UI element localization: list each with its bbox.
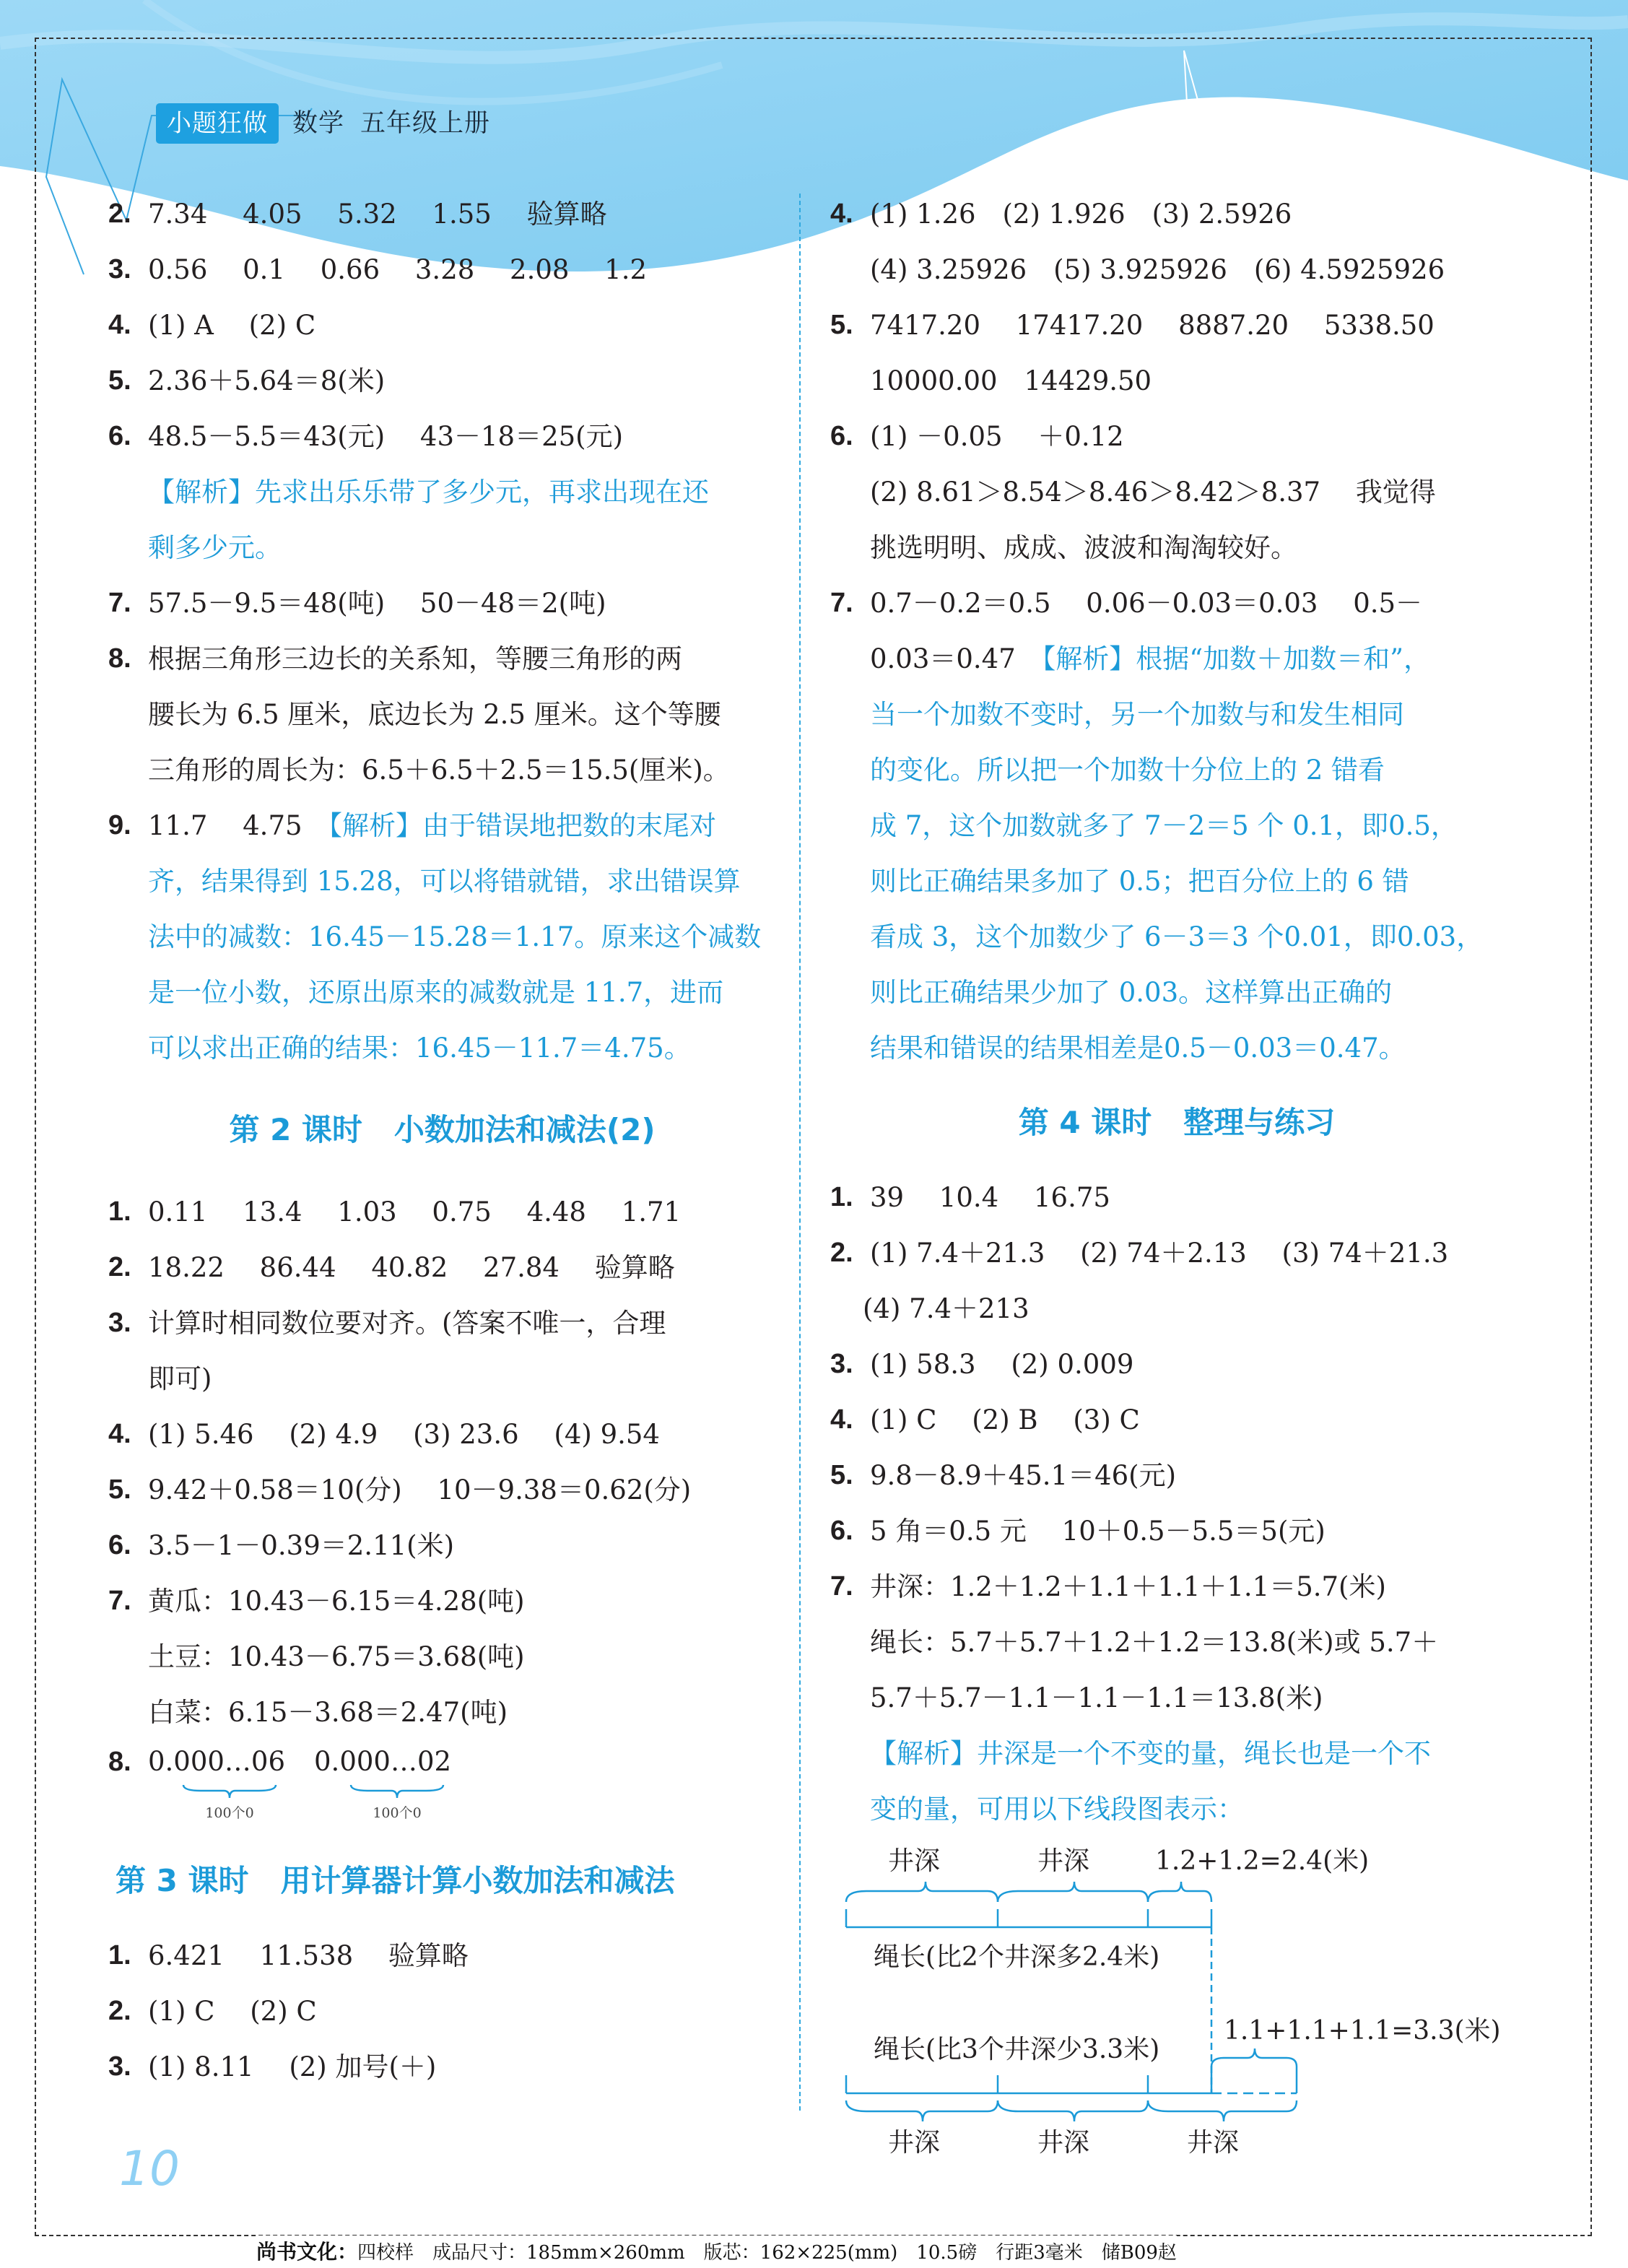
analysis-text: 的变化。所以把一个加数十分位上的 2 错看 [870,755,1385,786]
analysis-line: 当一个加数不变时，另一个加数与和发生相同 [830,687,1523,742]
answer-text: (4) 7.4＋213 [863,1293,1030,1324]
question-number: 4. [830,1392,853,1448]
question-number: 2. [108,1984,131,2039]
answer-text: 0.56 0.1 0.66 3.28 2.08 1.2 [148,254,647,285]
answer-text: 7.34 4.05 5.32 1.55 验算略 [148,199,607,230]
analysis-line: 【解析】先求出乐乐带了多少元，再求出现在还 [108,464,776,520]
question-number: 7. [830,575,853,631]
series-badge: 小题狂做 [156,103,279,144]
rope-length-label-2: 绳长(比3个井深少3.3米) [874,2029,1159,2066]
question-number: 7. [108,1573,131,1629]
answer-text: 计算时相同数位要对齐。(答案不唯一，合理 [148,1308,666,1339]
answer-line: 7.井深：1.2＋1.2＋1.1＋1.1＋1.1＝5.7(米) [830,1559,1523,1615]
analysis-line: 齐，结果得到 15.28，可以将错就错，求出错误算 [108,853,776,909]
segment-diagram-graphic [837,1837,1343,2140]
answer-line: 5.7417.20 17417.20 8887.20 5338.50 [830,297,1523,353]
analysis-text: 当一个加数不变时，另一个加数与和发生相同 [870,699,1404,730]
answer-list-continued: 4.(1) 1.26 (2) 1.926 (3) 2.5926 (4) 3.25… [830,186,1523,1076]
answer-line: 4.(1) 5.46 (2) 4.9 (3) 23.6 (4) 9.54 [108,1407,776,1462]
brace-annotation-b: 100个0 [347,1783,448,1822]
answer-text: 5.7＋5.7－1.1－1.1－1.1＝13.8(米) [870,1682,1323,1713]
answer-text: 绳长：5.7＋5.7＋1.2＋1.2＝13.8(米)或 5.7＋ [870,1627,1438,1658]
answer-text: 土豆：10.43－6.75＝3.68(吨) [148,1641,525,1672]
analysis-text: 是一位小数，还原出原来的减数就是 11.7，进而 [148,977,723,1008]
analysis-text: 法中的减数：16.45－15.28＝1.17。原来这个减数 [148,921,761,952]
answer-line: 1.6.421 11.538 验算略 [108,1928,776,1984]
question-number: 2. [108,1240,131,1295]
print-spec-line: 尚书文化：四校样 成品尺寸：185mm×260mm 版芯：162×225(mm)… [256,2236,1177,2268]
answer-text: (1) 1.26 (2) 1.926 (3) 2.5926 [870,199,1292,230]
analysis-line: 是一位小数，还原出原来的减数就是 11.7，进而 [108,965,776,1020]
answer-text: 57.5－9.5＝48(吨) 50－48＝2(吨) [148,588,606,619]
question-number: 4. [108,1407,131,1462]
answer-text: 39 10.4 16.75 [870,1182,1110,1213]
answer-line: 6.3.5－1－0.39＝2.11(米) [108,1518,776,1573]
analysis-text: 剩多少元。 [148,532,282,563]
analysis-text: 【解析】先求出乐乐带了多少元，再求出现在还 [148,477,709,508]
analysis-text: 【解析】根据“加数＋加数＝和”， [1042,643,1430,674]
answer-line: 白菜：6.15－3.68＝2.47(吨) [108,1685,776,1740]
left-column: 2.7.34 4.05 5.32 1.55 验算略 3.0.56 0.1 0.6… [108,186,776,2095]
question-number: 3. [108,2039,131,2095]
answer-text: 白菜：6.15－3.68＝2.47(吨) [148,1697,508,1728]
question-number: 5. [830,1448,853,1503]
question-number: 6. [830,1503,853,1559]
answer-text: 根据三角形三边长的关系知，等腰三角形的两 [148,643,682,674]
answer-line: 7.0.7－0.2＝0.5 0.06－0.03＝0.03 0.5－ [830,575,1523,631]
answer-line: (4) 3.25926 (5) 3.925926 (6) 4.5925926 [830,242,1523,297]
analysis-text: 【解析】井深是一个不变的量，绳长也是一个不 [870,1738,1431,1769]
line-segment-diagram: 井深 井深 1.2+1.2=2.4(米) 绳长(比2个井深多2.4米) 绳长(比… [830,1837,1523,2140]
analysis-line: 的变化。所以把一个加数十分位上的 2 错看 [830,742,1523,798]
brace-annotations: 100个0 100个0 [108,1783,776,1834]
analysis-text: 结果和错误的结果相差是0.5－0.03＝0.47。 [870,1033,1406,1064]
answer-text: 0.03＝0.47 [870,643,1042,674]
answer-text: 井深：1.2＋1.2＋1.1＋1.1＋1.1＝5.7(米) [870,1571,1386,1602]
answer-text: (1) －0.05 ＋0.12 [870,421,1124,452]
answer-text: (1) 8.11 (2) 加号(＋) [148,2051,436,2082]
answer-line: 腰长为 6.5 厘米，底边长为 2.5 厘米。这个等腰 [108,687,776,742]
analysis-text: 齐，结果得到 15.28，可以将错就错，求出错误算 [148,866,741,897]
question-number: 9. [108,798,131,853]
section-title-lesson4: 第 4 课时整理与练习 [830,1076,1523,1170]
answer-text: 48.5－5.5＝43(元) 43－18＝25(元) [148,421,623,452]
answer-line: 2.18.22 86.44 40.82 27.84 验算略 [108,1240,776,1295]
rope-length-label-1: 绳长(比2个井深多2.4米) [874,1937,1159,1973]
answer-text: (1) C (2) B (3) C [870,1404,1140,1435]
curly-brace-icon [179,1783,280,1799]
lesson-number: 第 3 课时 [116,1863,248,1898]
answer-line: 5.2.36＋5.64＝8(米) [108,353,776,409]
question-number: 2. [108,186,131,242]
analysis-line: 【解析】井深是一个不变的量，绳长也是一个不 [830,1726,1523,1781]
answer-list-section3: 1.6.421 11.538 验算略 2.(1) C (2) C 3.(1) 8… [108,1928,776,2095]
answer-line: 5.9.42＋0.58＝10(分) 10－9.38＝0.62(分) [108,1462,776,1518]
repeating-decimal-b: 0.000…02 [314,1746,451,1777]
question-number: 8. [108,631,131,687]
answer-line: 4.(1) C (2) B (3) C [830,1392,1523,1448]
repeating-decimal-a: 0.000…06 [148,1746,285,1777]
question-number: 3. [108,1295,131,1351]
answer-text: 三角形的周长为：6.5＋6.5＋2.5＝15.5(厘米)。 [148,755,730,786]
answer-line: 1.39 10.4 16.75 [830,1170,1523,1225]
analysis-text: 则比正确结果多加了 0.5；把百分位上的 6 错 [870,866,1409,897]
answer-text: 2.36＋5.64＝8(米) [148,365,385,396]
answer-line: 2.(1) 7.4＋21.3 (2) 74＋2.13 (3) 74＋21.3 [830,1225,1523,1281]
question-number: 6. [830,409,853,464]
lesson-number: 第 2 课时 [229,1112,362,1147]
right-column: 4.(1) 1.26 (2) 1.926 (3) 2.5926 (4) 3.25… [830,186,1523,2140]
answer-text: 挑选明明、成成、波波和淘淘较好。 [870,532,1297,563]
publisher-name: 尚书文化： [256,2240,357,2264]
answer-line: 9.11.7 4.75 【解析】由于错误地把数的末尾对 [108,798,776,853]
analysis-text: 可以求出正确的结果：16.45－11.7＝4.75。 [148,1033,691,1064]
answer-text: 9.42＋0.58＝10(分) 10－9.38＝0.62(分) [148,1474,691,1506]
lesson-topic: 整理与练习 [1183,1105,1335,1140]
answer-line-item8: 8.0.000…060.000…02 [108,1740,776,1783]
answer-text: 腰长为 6.5 厘米，底边长为 2.5 厘米。这个等腰 [148,699,721,730]
answer-text: 11.7 4.75 [148,810,329,841]
question-number: 4. [108,297,131,353]
answer-list-section1: 2.7.34 4.05 5.32 1.55 验算略 3.0.56 0.1 0.6… [108,186,776,1076]
analysis-text: 【解析】由于错误地把数的末尾对 [329,810,717,841]
answer-line: 即可) [108,1351,776,1407]
page-number: 10 [119,2141,180,2197]
answer-text: 10000.00 14429.50 [870,365,1152,396]
answer-text: 0.7－0.2＝0.5 0.06－0.03＝0.03 0.5－ [870,588,1422,619]
answer-line: 0.03＝0.47 【解析】根据“加数＋加数＝和”， [830,631,1523,687]
answer-text: 5 角＝0.5 元 10＋0.5－5.5＝5(元) [870,1516,1326,1547]
answer-line: 2.(1) C (2) C [108,1984,776,2039]
answer-line: 三角形的周长为：6.5＋6.5＋2.5＝15.5(厘米)。 [108,742,776,798]
extra-length-label: 1.2+1.2=2.4(米) [1155,1841,1369,1877]
question-number: 1. [830,1170,853,1225]
answer-line: 3.(1) 58.3 (2) 0.009 [830,1337,1523,1392]
shortfall-label: 1.1+1.1+1.1=3.3(米) [1224,2010,1501,2047]
answer-text: 7417.20 17417.20 8887.20 5338.50 [870,310,1435,341]
well-depth-label: 井深 [1187,2122,1239,2159]
answer-line: 4.(1) 1.26 (2) 1.926 (3) 2.5926 [830,186,1523,242]
print-spec: 四校样 成品尺寸：185mm×260mm 版芯：162×225(mm) 10.5… [357,2242,1177,2264]
analysis-line: 法中的减数：16.45－15.28＝1.17。原来这个减数 [108,909,776,965]
question-number: 3. [108,242,131,297]
answer-text: (1) 5.46 (2) 4.9 (3) 23.6 (4) 9.54 [148,1419,660,1450]
section-title-lesson3: 第 3 课时用计算器计算小数加法和减法 [116,1834,776,1928]
question-number: 4. [830,186,853,242]
answer-text: (1) A (2) C [148,310,315,341]
answer-line: 5.9.8－8.9＋45.1＝46(元) [830,1448,1523,1503]
answer-line: 7.57.5－9.5＝48(吨) 50－48＝2(吨) [108,575,776,631]
answer-line: 6.48.5－5.5＝43(元) 43－18＝25(元) [108,409,776,464]
answer-text: 9.8－8.9＋45.1＝46(元) [870,1460,1176,1491]
answer-line: (2) 8.61＞8.54＞8.46＞8.42＞8.37 我觉得 [830,464,1523,520]
answer-line: 5.7＋5.7－1.1－1.1－1.1＝13.8(米) [830,1670,1523,1726]
well-depth-label: 井深 [1037,1841,1089,1877]
question-number: 5. [830,297,853,353]
analysis-line: 则比正确结果多加了 0.5；把百分位上的 6 错 [830,853,1523,909]
answer-line: 挑选明明、成成、波波和淘淘较好。 [830,520,1523,575]
answer-line: 3.0.56 0.1 0.66 3.28 2.08 1.2 [108,242,776,297]
answer-text: 3.5－1－0.39＝2.11(米) [148,1530,454,1561]
subject-label: 数学 [292,109,344,138]
answer-line: 3.计算时相同数位要对齐。(答案不唯一，合理 [108,1295,776,1351]
answer-text: 18.22 86.44 40.82 27.84 验算略 [148,1252,675,1283]
answer-text: 0.11 13.4 1.03 0.75 4.48 1.71 [148,1196,681,1228]
answer-text: 黄瓜：10.43－6.15＝4.28(吨) [148,1586,525,1617]
answer-text: (2) 8.61＞8.54＞8.46＞8.42＞8.37 我觉得 [870,477,1436,508]
analysis-line: 可以求出正确的结果：16.45－11.7＝4.75。 [108,1020,776,1076]
question-number: 1. [108,1184,131,1240]
answer-line: 6.5 角＝0.5 元 10＋0.5－5.5＝5(元) [830,1503,1523,1559]
analysis-text: 成 7，这个加数就多了 7－2＝5 个 0.1，即0.5， [870,810,1458,841]
question-number: 3. [830,1337,853,1392]
answer-line: 6.(1) －0.05 ＋0.12 [830,409,1523,464]
question-number: 5. [108,353,131,409]
answer-text: 即可) [148,1363,212,1394]
answer-line: 绳长：5.7＋5.7＋1.2＋1.2＝13.8(米)或 5.7＋ [830,1615,1523,1670]
brace-label: 100个0 [347,1802,448,1822]
analysis-line: 则比正确结果少加了 0.03。这样算出正确的 [830,965,1523,1020]
well-depth-label: 井深 [1037,2122,1089,2159]
answer-line: 2.7.34 4.05 5.32 1.55 验算略 [108,186,776,242]
analysis-line: 变的量，可用以下线段图表示： [830,1781,1523,1837]
question-number: 1. [108,1928,131,1984]
lesson-topic: 用计算器计算小数加法和减法 [280,1863,674,1898]
answer-line: 8.根据三角形三边长的关系知，等腰三角形的两 [108,631,776,687]
answer-line: (4) 7.4＋213 [830,1281,1523,1337]
lesson-number: 第 4 课时 [1019,1105,1152,1140]
answer-text: 6.421 11.538 验算略 [148,1940,469,1971]
analysis-text: 看成 3，这个加数少了 6－3＝3 个0.01，即0.03， [870,921,1483,952]
question-number: 2. [830,1225,853,1281]
answer-text: (1) 7.4＋21.3 (2) 74＋2.13 (3) 74＋21.3 [870,1238,1448,1269]
question-number: 7. [108,575,131,631]
column-divider [799,194,801,2111]
analysis-line: 看成 3，这个加数少了 6－3＝3 个0.01，即0.03， [830,909,1523,965]
well-depth-label: 井深 [888,2122,940,2159]
analysis-text: 则比正确结果少加了 0.03。这样算出正确的 [870,977,1392,1008]
section-title-lesson2: 第 2 课时小数加法和减法(2) [108,1076,776,1184]
answer-line: 7.黄瓜：10.43－6.15＝4.28(吨) [108,1573,776,1629]
answer-line: 土豆：10.43－6.75＝3.68(吨) [108,1629,776,1685]
analysis-line: 剩多少元。 [108,520,776,575]
question-number: 6. [108,409,131,464]
answer-line: 4.(1) A (2) C [108,297,776,353]
question-number: 7. [830,1559,853,1615]
question-number: 6. [108,1518,131,1573]
brace-annotation-a: 100个0 [179,1783,280,1822]
answer-text: (1) 58.3 (2) 0.009 [870,1349,1133,1380]
answer-list-section4: 1.39 10.4 16.75 2.(1) 7.4＋21.3 (2) 74＋2.… [830,1170,1523,1837]
question-number: 8. [108,1740,131,1783]
lesson-topic: 小数加法和减法(2) [394,1112,656,1147]
analysis-line: 成 7，这个加数就多了 7－2＝5 个 0.1，即0.5， [830,798,1523,853]
answer-text: (4) 3.25926 (5) 3.925926 (6) 4.5925926 [870,254,1445,285]
question-number: 5. [108,1462,131,1518]
well-depth-label: 井深 [888,1841,940,1877]
answer-line: 10000.00 14429.50 [830,353,1523,409]
answer-line: 1.0.11 13.4 1.03 0.75 4.48 1.71 [108,1184,776,1240]
grade-label: 五年级上册 [360,109,490,138]
analysis-line: 结果和错误的结果相差是0.5－0.03＝0.47。 [830,1020,1523,1076]
book-title: 数学五年级上册 [292,103,506,144]
answer-list-section2: 1.0.11 13.4 1.03 0.75 4.48 1.71 2.18.22 … [108,1184,776,1834]
curly-brace-icon [347,1783,448,1799]
analysis-text: 变的量，可用以下线段图表示： [870,1794,1244,1825]
brace-label: 100个0 [179,1802,280,1822]
answer-line: 3.(1) 8.11 (2) 加号(＋) [108,2039,776,2095]
answer-text: (1) C (2) C [148,1996,317,2027]
